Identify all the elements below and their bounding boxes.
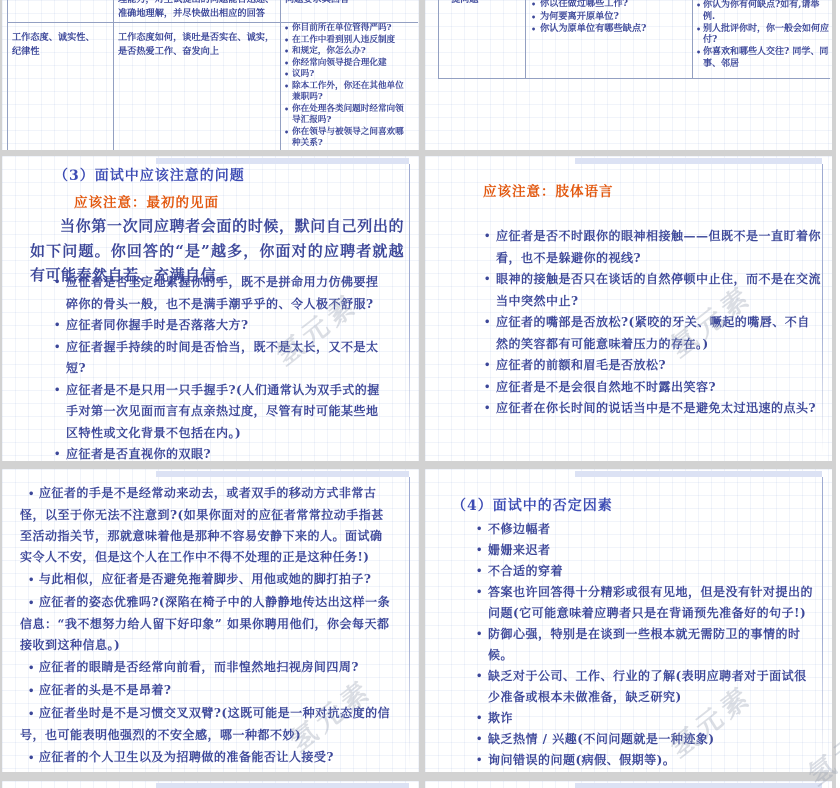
section-subtitle: 应该注意：最初的见面 — [74, 191, 219, 211]
table-border — [438, 0, 439, 78]
slide-header-band — [156, 783, 409, 788]
slide-top-left[interactable]: 理能力，对主试提出的问题能否迅速、准确地理解，并尽快做出相应的回答 问题要求其回… — [2, 0, 419, 150]
question-item: 你以往做过哪些工作? — [531, 0, 689, 11]
slide-body-language[interactable]: 应该注意：肢体语言 应征者是否不时跟你的眼神相接触——但既不是一直盯着你看，也不… — [425, 156, 832, 461]
slide-edge-line — [822, 477, 823, 767]
question-item: 你在处理各类问题时经常向领导汇报吗? — [284, 104, 404, 127]
slide-first-meeting[interactable]: （3）面试中应该注意的问题 应该注意：最初的见面 当你第一次同应聘者会面的时候，… — [2, 156, 419, 461]
bullet-item: 应征者的姿态优雅吗?(深陷在椅子中的人静静地传达出这样一条信息：“我不想努力给人… — [20, 592, 392, 656]
slide-grid-page: 理能力，对主试提出的问题能否迅速、准确地理解，并尽快做出相应的回答 问题要求其回… — [0, 0, 840, 788]
slide-next-row-left[interactable] — [2, 781, 419, 788]
table-cell-questions: 你以往做过哪些工作?为何要离开原单位?你认为原单位有哪些缺点? — [531, 0, 689, 36]
question-item: 你喜欢和哪些人交往? 同学、同事、邻居 — [697, 47, 829, 71]
bullet-item: 不修边幅者 — [475, 519, 815, 540]
question-item: 议吗? — [284, 69, 404, 81]
bullet-item: 应征者的嘴部是否放松?(紧咬的牙关、噘起的嘴唇、不自然的笑容都有可能意味着压力的… — [483, 312, 821, 355]
table-cell-line: 理能力，对主试提出的问题能否迅速、 — [118, 0, 282, 7]
bullet-item: 应征者在你长时间的说话当中是不是避免太过迅速的点头? — [483, 398, 821, 420]
bullet-item: 应征者的个人卫生以及为招聘做的准备能否让人接受? — [20, 747, 392, 769]
table-cell-dimension: 工作态度、诚实性、纪律性 — [12, 31, 98, 58]
slide-edge-line — [409, 477, 410, 767]
slide-title: （3）面试中应该注意的问题 — [54, 165, 245, 185]
slide-header-band — [156, 158, 409, 164]
slide-header-band — [575, 783, 822, 788]
slide-next-row-right[interactable] — [425, 781, 832, 788]
bullet-item: 姗姗来迟者 — [475, 540, 815, 561]
bullet-list: 应征者是否坚定地紧握你的手，既不是拼命用力仿佛要捏碎你的骨头一般，也不是满手潮乎… — [53, 272, 389, 461]
bullet-item: 应征者的前额和眉毛是否放松? — [483, 355, 821, 377]
question-item: 你认为原单位有哪些缺点? — [531, 23, 689, 36]
bullet-item: 缺乏对于公司、工作、行业的了解(表明应聘者对于面试很少准备或根本未做准备，缺乏研… — [475, 666, 815, 708]
table-cell-criteria: 工作态度如何，谈吐是否实在、诚实，是否热爱工作、奋发向上 — [118, 31, 278, 58]
table-cell-line: 准确地理解，并尽快做出相应的回答 — [118, 7, 282, 21]
bullet-item: 应征者是不是只用一只手握手?(人们通常认为双手式的握手对第一次见面而言有点亲热过… — [53, 380, 389, 445]
bullet-item: 应征者握手持续的时间是否恰当，既不是太长，又不是太短? — [53, 337, 389, 380]
table-bottom-border — [438, 78, 830, 79]
bullet-item: 应征者同你握手时是否落落大方? — [53, 315, 389, 337]
slide-negative-factors[interactable]: （4）面试中的否定因素 不修边幅者姗姗来迟者不合适的穿着答案也许回答得十分精彩或… — [425, 469, 832, 772]
bullet-item: 应征者是否不时跟你的眼神相接触——但既不是一直盯着你看，也不是躲避你的视线? — [483, 226, 821, 269]
table-cell-questions: 你认为你有何缺点?如有,请举例.别人批评你时，你一般会如何应付?你喜欢和哪些人交… — [697, 0, 829, 71]
slide-edge-line — [409, 164, 410, 454]
bullet-item: 答案也许回答得十分精彩或很有见地，但是没有针对提出的问题(它可能意味着应聘者只是… — [475, 582, 815, 624]
bullet-item: 防御心强，特别是在谈到一些根本就无需防卫的事情的时候。 — [475, 624, 815, 666]
table-border — [525, 0, 526, 78]
question-item: 为何要离开原单位? — [531, 11, 689, 24]
bullet-item: 应征者坐时是不是习惯交叉双臂?(这既可能是一种对抗态度的信号，也可能表明他强烈的… — [20, 703, 392, 746]
question-item: 你经常向领导提合理化建 — [284, 58, 404, 70]
section-subtitle: 应该注意：肢体语言 — [483, 180, 614, 200]
slide-top-right[interactable]: 提问题 你以往做过哪些工作?为何要离开原单位?你认为原单位有哪些缺点? 你认为你… — [425, 0, 832, 150]
slide-body-language-continued[interactable]: 应征者的手是不是经常动来动去，或者双手的移动方式非常古怪，以至于你无法不注意到?… — [2, 469, 419, 772]
slide-title: （4）面试中的否定因素 — [452, 495, 613, 515]
bullet-list: 应征者的手是不是经常动来动去，或者双手的移动方式非常古怪，以至于你无法不注意到?… — [20, 483, 392, 770]
bullet-item: 应征者的眼睛是否经常向前看，而非惶然地扫视房间四周? — [20, 657, 392, 679]
table-cell-questions: 你目前所在单位管得严吗?在工作中看到别人违反制度和规定，你怎么办?你经常向领导提… — [284, 23, 404, 150]
table-cell-criteria: 理能力，对主试提出的问题能否迅速、准确地理解，并尽快做出相应的回答 — [118, 0, 282, 20]
question-item: 别人批评你时，你一般会如何应付? — [697, 24, 829, 48]
bullet-item: 应征者的头是不是昂着? — [20, 680, 392, 702]
slide-edge-line — [822, 164, 823, 454]
question-item: 在工作中看到别人违反制度 — [284, 35, 404, 47]
bullet-item: 询问错误的问题(病假、假期等)。 — [475, 750, 815, 771]
slide-header-band — [156, 471, 409, 477]
bullet-item: 应征者的手是不是经常动来动去，或者双手的移动方式非常古怪，以至于你无法不注意到?… — [20, 483, 392, 568]
slide-header-band — [575, 158, 822, 164]
table-cell-dimension: 提问题 — [451, 0, 521, 7]
bullet-item: 欺诈 — [475, 708, 815, 729]
bullet-item: 应征者是否坚定地紧握你的手，既不是拼命用力仿佛要捏碎你的骨头一般，也不是满手潮乎… — [53, 272, 389, 315]
bullet-item: 不合适的穿着 — [475, 561, 815, 582]
bullet-list: 不修边幅者姗姗来迟者不合适的穿着答案也许回答得十分精彩或很有见地，但是没有针对提… — [475, 519, 815, 771]
question-item: 和规定，你怎么办? — [284, 46, 404, 58]
question-item: 你认为你有何缺点?如有,请举例. — [697, 0, 829, 24]
table-cell-question-header: 问题要求其回答 — [285, 0, 417, 7]
question-item: 你目前所在单位管得严吗? — [284, 23, 404, 35]
question-item: 你在领导与被领导之间喜欢哪种关系? — [284, 127, 404, 150]
bullet-item: 缺乏热情 / 兴趣(不问问题就是一种迹象) — [475, 729, 815, 750]
bullet-item: 应征者是不是会很自然地不时露出笑容? — [483, 377, 821, 399]
bullet-item: 眼神的接触是否只在谈话的自然停顿中止住，而不是在交流当中突然中止? — [483, 269, 821, 312]
adjacent-slide-sliver — [836, 0, 840, 788]
bullet-item: 与此相似，应征者是否避免拖着脚步、用他或她的脚打拍子? — [20, 569, 392, 591]
question-item: 除本工作外，你还在其他单位兼职吗? — [284, 81, 404, 104]
bullet-item: 应征者是否直视你的双眼? — [53, 444, 389, 461]
slide-header-band — [575, 471, 822, 477]
bullet-list: 应征者是否不时跟你的眼神相接触——但既不是一直盯着你看，也不是躲避你的视线?眼神… — [483, 226, 821, 420]
table-border — [692, 0, 693, 78]
